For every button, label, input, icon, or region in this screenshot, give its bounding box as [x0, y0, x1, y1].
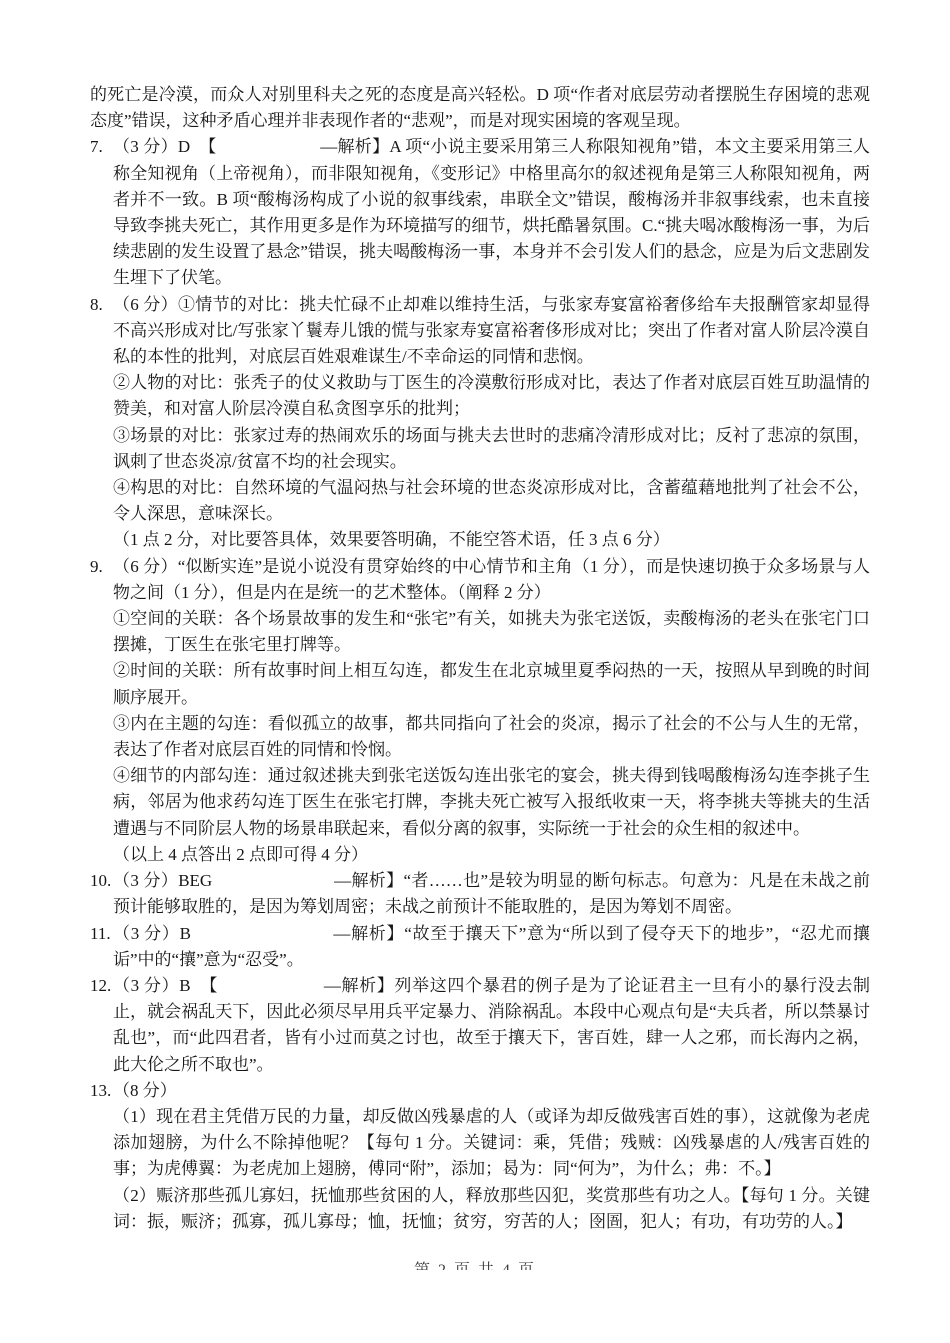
continuation-paragraph: 的死亡是冷漠，而众人对别里科夫之死的态度是高兴轻松。D 项“作者对底层劳动者摆脱…	[90, 82, 870, 134]
item-paragraphs: （3 分）BEG —解析】“者……也”是较为明显的断句标志。句意为：凡是在未战之…	[113, 868, 870, 920]
item-paragraph: ④细节的内部勾连：通过叙述挑夫到张宅送饭勾连出张宅的宴会，挑夫得到钱喝酸梅汤勾连…	[113, 763, 870, 842]
item-number: 12.	[90, 973, 111, 999]
item-paragraph: （8 分）	[113, 1078, 870, 1104]
item-paragraph: ③内在主题的勾连：看似孤立的故事，都共同指向了社会的炎凉，揭示了社会的不公与人生…	[113, 711, 870, 763]
item-paragraphs: （3 分）B —解析】“故至于攘天下”意为“所以到了侵夺天下的地步”，“忍尤而攘…	[113, 921, 870, 973]
item-paragraph: （2）赈济那些孤儿寡妇，抚恤那些贫困的人，释放那些囚犯，奖赏那些有功之人。【每句…	[113, 1183, 870, 1235]
item-paragraph: （1 点 2 分，对比要答具体，效果要答明确，不能空答术语，任 3 点 6 分）	[113, 527, 870, 553]
item-paragraphs: （3 分）B 【 —解析】列举这四个暴君的例子是为了论证君主一旦有小的暴行没去制…	[113, 973, 870, 1078]
item-number: 11.	[90, 921, 111, 947]
item-paragraphs: （6 分）①情节的对比：挑夫忙碌不止却难以维持生活，与张家寿宴富裕奢侈给车夫报酬…	[113, 292, 870, 554]
item-number: 9.	[90, 554, 103, 580]
item-paragraph: （3 分）BEG —解析】“者……也”是较为明显的断句标志。句意为：凡是在未战之…	[113, 868, 870, 920]
answer-item: 7. （3 分）D 【 —解析】A 项“小说主要采用第三人称限知视角”错，本文主…	[90, 134, 870, 291]
answer-item: 8. （6 分）①情节的对比：挑夫忙碌不止却难以维持生活，与张家寿宴富裕奢侈给车…	[90, 292, 870, 554]
item-paragraph: ②时间的关联：所有故事时间上相互勾连，都发生在北京城里夏季闷热的一天，按照从早到…	[113, 658, 870, 710]
item-paragraph: （1）现在君主凭借万民的力量，却反做凶残暴虐的人（或译为却反做残害百姓的事），这…	[113, 1104, 870, 1183]
answer-key-content: 的死亡是冷漠，而众人对别里科夫之死的态度是高兴轻松。D 项“作者对底层劳动者摆脱…	[90, 82, 870, 1235]
item-paragraph: ③场景的对比：张家过寿的热闹欢乐的场面与挑夫去世时的悲痛冷清形成对比；反衬了悲凉…	[113, 423, 870, 475]
item-paragraph: （3 分）D 【 —解析】A 项“小说主要采用第三人称限知视角”错，本文主要采用…	[113, 134, 870, 291]
item-paragraph: ④构思的对比：自然环境的气温闷热与社会环境的世态炎凉形成对比，含蓄蕴藉地批判了社…	[113, 475, 870, 527]
item-number: 10.	[90, 868, 111, 894]
item-paragraphs: （8 分）（1）现在君主凭借万民的力量，却反做凶残暴虐的人（或译为却反做残害百姓…	[113, 1078, 870, 1235]
page-footer: 第 2 页 共 4 页	[0, 1257, 950, 1270]
item-number: 7.	[90, 134, 103, 160]
answer-item: 12. （3 分）B 【 —解析】列举这四个暴君的例子是为了论证君主一旦有小的暴…	[90, 973, 870, 1078]
item-paragraphs: （6 分）“似断实连”是说小说没有贯穿始终的中心情节和主角（1 分），而是快速切…	[113, 554, 870, 868]
item-paragraph: ①空间的关联：各个场景故事的发生和“张宅”有关，如挑夫为张宅送饭，卖酸梅汤的老头…	[113, 606, 870, 658]
item-paragraph: （3 分）B 【 —解析】列举这四个暴君的例子是为了论证君主一旦有小的暴行没去制…	[113, 973, 870, 1078]
page-number-text: 第 2 页 共 4 页	[414, 1262, 536, 1270]
item-paragraph: （6 分）①情节的对比：挑夫忙碌不止却难以维持生活，与张家寿宴富裕奢侈给车夫报酬…	[113, 292, 870, 371]
answer-item: 9. （6 分）“似断实连”是说小说没有贯穿始终的中心情节和主角（1 分），而是…	[90, 554, 870, 868]
answer-item: 13. （8 分）（1）现在君主凭借万民的力量，却反做凶残暴虐的人（或译为却反做…	[90, 1078, 870, 1235]
item-paragraph: （以上 4 点答出 2 点即可得 4 分）	[113, 842, 870, 868]
answer-item: 10. （3 分）BEG —解析】“者……也”是较为明显的断句标志。句意为：凡是…	[90, 868, 870, 920]
item-paragraph: （3 分）B —解析】“故至于攘天下”意为“所以到了侵夺天下的地步”，“忍尤而攘…	[113, 921, 870, 973]
answer-item: 11. （3 分）B —解析】“故至于攘天下”意为“所以到了侵夺天下的地步”，“…	[90, 921, 870, 973]
item-number: 8.	[90, 292, 103, 318]
document-page: 的死亡是冷漠，而众人对别里科夫之死的态度是高兴轻松。D 项“作者对底层劳动者摆脱…	[0, 0, 950, 1343]
item-paragraphs: （3 分）D 【 —解析】A 项“小说主要采用第三人称限知视角”错，本文主要采用…	[113, 134, 870, 291]
item-paragraph: （6 分）“似断实连”是说小说没有贯穿始终的中心情节和主角（1 分），而是快速切…	[113, 554, 870, 606]
item-number: 13.	[90, 1078, 111, 1104]
item-paragraph: ②人物的对比：张秃子的仗义救助与丁医生的冷漠敷衍形成对比，表达了作者对底层百姓互…	[113, 370, 870, 422]
